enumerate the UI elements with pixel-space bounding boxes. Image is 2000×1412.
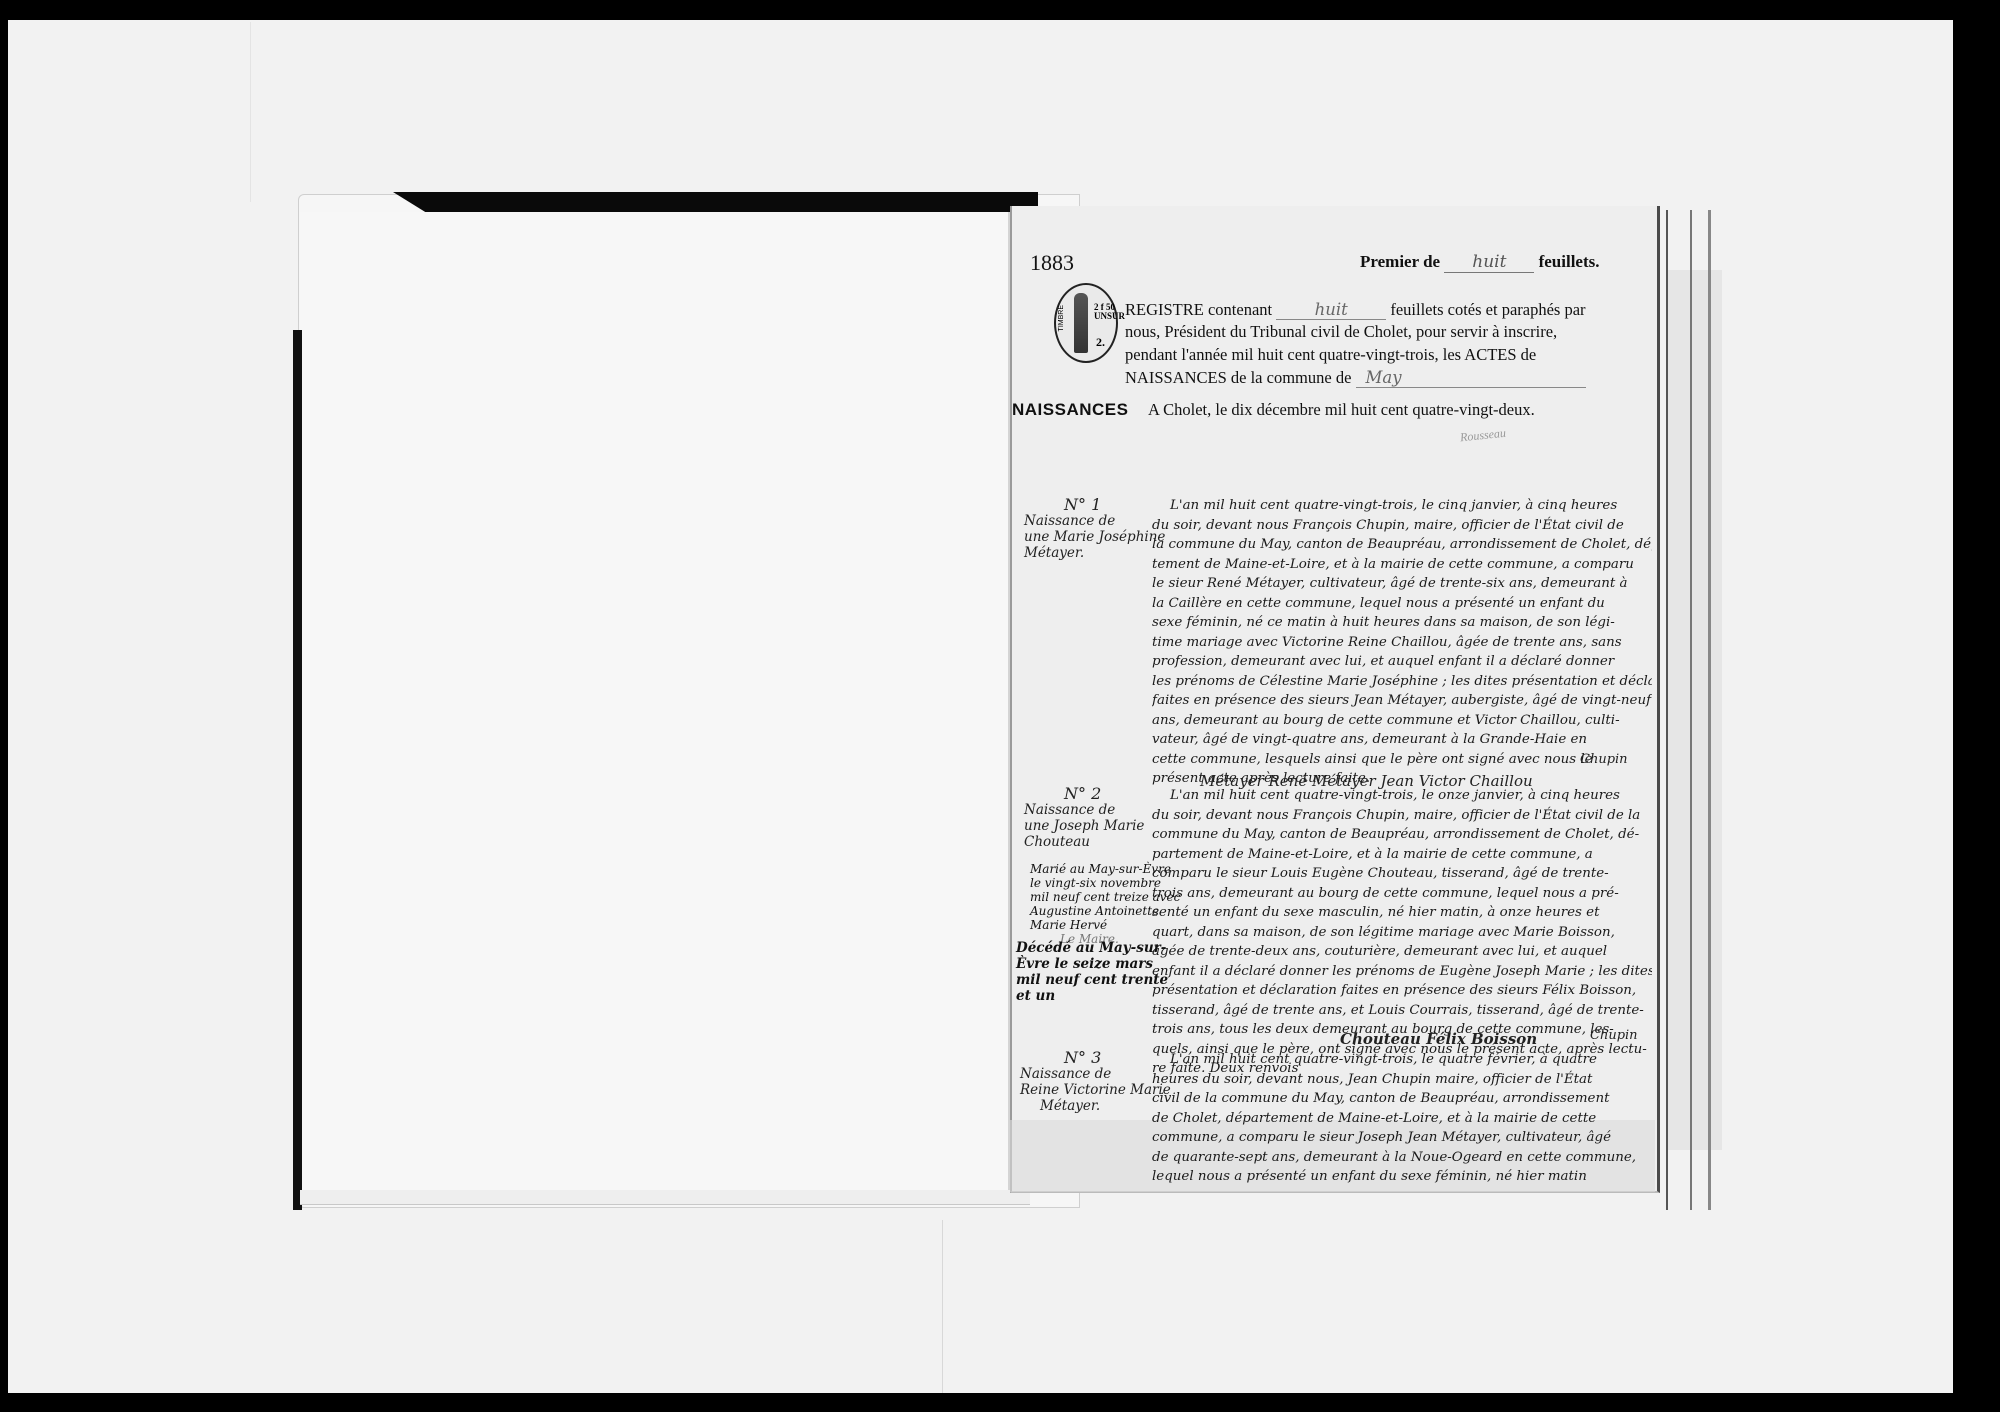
stamp-number: 2. — [1096, 335, 1105, 350]
table-seam — [250, 22, 251, 202]
act-number: N° 2 — [1024, 786, 1144, 802]
header-line-1: REGISTRE contenant huit feuillets cotés … — [1125, 300, 1586, 320]
mention-line: et un — [1016, 988, 1168, 1004]
act-line: lequel nous a présenté un enfant du sexe… — [1152, 1167, 1652, 1187]
header-line-4: NAISSANCES de la commune de May — [1125, 368, 1586, 388]
act-line: time mariage avec Victorine Reine Chaill… — [1152, 633, 1652, 653]
act-line: L'an mil huit cent quatre-vingt-trois, l… — [1152, 496, 1652, 516]
act-line: présentation et déclaration faites en pr… — [1152, 981, 1652, 1001]
table-seam — [942, 1220, 943, 1393]
act-3-text: L'an mil huit cent quatre-vingt-trois, l… — [1152, 1050, 1652, 1187]
header-text: NAISSANCES de la commune de — [1125, 368, 1351, 387]
act-2-margin: N° 2 Naissance de une Joseph Marie Chout… — [1024, 786, 1144, 850]
act-line: faites en présence des sieurs Jean Métay… — [1152, 691, 1652, 711]
act-line: de Cholet, département de Maine-et-Loire… — [1152, 1109, 1652, 1129]
mention-line: mil neuf cent trente — [1016, 972, 1168, 988]
margin-line: Chouteau — [1024, 834, 1144, 850]
act-1-text: L'an mil huit cent quatre-vingt-trois, l… — [1152, 496, 1652, 789]
sheet-count-handwritten: huit — [1276, 300, 1386, 320]
act-line: quart, dans sa maison, de son légitime m… — [1152, 923, 1652, 943]
premier-prefix: Premier de — [1360, 252, 1440, 271]
margin-line: Reine Victorine Marie — [1020, 1082, 1171, 1098]
act-line: commune du May, canton de Beaupréau, arr… — [1152, 825, 1652, 845]
cover-binding-tab — [393, 192, 1038, 212]
act-line: tement de Maine-et-Loire, et à la mairie… — [1152, 555, 1652, 575]
act-line: de quarante-sept ans, demeurant à la Nou… — [1152, 1148, 1652, 1168]
tax-stamp-icon: TIMBRE 2 f 50 UNSUR 2. — [1054, 283, 1118, 363]
mayor-signature: Chupin — [1580, 752, 1628, 767]
act-number: N° 3 — [1020, 1050, 1171, 1066]
left-blank-page — [300, 212, 1010, 1203]
act-line: heures du soir, devant nous, Jean Chupin… — [1152, 1070, 1652, 1090]
stamp-label: TIMBRE — [1058, 305, 1065, 331]
sheet-count-line: Premier de huit feuillets. — [1360, 252, 1600, 273]
margin-line: une Marie Joséphine — [1024, 529, 1165, 545]
act-line: cette commune, lesquels ainsi que le pèr… — [1152, 750, 1652, 770]
act-line: comparu le sieur Louis Eugène Chouteau, … — [1152, 864, 1652, 884]
margin-line: une Joseph Marie — [1024, 818, 1144, 834]
act-line: senté un enfant du sexe masculin, né hie… — [1152, 903, 1652, 923]
act-line: du soir, devant nous François Chupin, ma… — [1152, 806, 1652, 826]
mention-line: Èvre le seize mars — [1016, 956, 1168, 972]
act-line: profession, demeurant avec lui, et auque… — [1152, 652, 1652, 672]
act-line: sexe féminin, né ce matin à huit heures … — [1152, 613, 1652, 633]
act-line: la commune du May, canton de Beaupréau, … — [1152, 535, 1652, 555]
justice-figure-icon — [1074, 293, 1088, 353]
header-text: feuillets cotés et paraphés par — [1390, 300, 1585, 319]
premier-count-handwritten: huit — [1444, 252, 1534, 273]
act-line: du soir, devant nous François Chupin, ma… — [1152, 516, 1652, 536]
premier-suffix: feuillets. — [1539, 252, 1600, 271]
act-line: enfant il a déclaré donner les prénoms d… — [1152, 962, 1652, 982]
mention-line: Décédé au May-sur- — [1016, 940, 1168, 956]
act-line: L'an mil huit cent quatre-vingt-trois, l… — [1152, 786, 1652, 806]
stamp-price: 2 f 50 UNSUR — [1094, 303, 1125, 321]
section-label: NAISSANCES — [1012, 400, 1128, 420]
act-line: civil de la commune du May, canton de Be… — [1152, 1089, 1652, 1109]
margin-line: Naissance de — [1024, 513, 1165, 529]
act-line: le sieur René Métayer, cultivateur, âgé … — [1152, 574, 1652, 594]
act-line: les prénoms de Célestine Marie Joséphine… — [1152, 672, 1652, 692]
margin-line: Métayer. — [1020, 1098, 1171, 1114]
margin-line: Naissance de — [1020, 1066, 1171, 1082]
act-line: ans, demeurant au bourg de cette commune… — [1152, 711, 1652, 731]
act-line: trois ans, demeurant au bourg de cette c… — [1152, 884, 1652, 904]
stacked-page-edges — [1660, 210, 1730, 1210]
death-mention: Décédé au May-sur- Èvre le seize mars mi… — [1016, 940, 1168, 1004]
act-number: N° 1 — [1024, 497, 1165, 513]
act-line: L'an mil huit cent quatre-vingt-trois, l… — [1152, 1050, 1652, 1070]
margin-line: Naissance de — [1024, 802, 1144, 818]
margin-line: Métayer. — [1024, 545, 1165, 561]
act-line: partement de Maine-et-Loire, et à la mai… — [1152, 845, 1652, 865]
act-2-signatures: Chouteau Félix Boisson — [1340, 1030, 1537, 1048]
mayor-signature: Chupin — [1590, 1028, 1638, 1043]
act-line: vateur, âgé de vingt-quatre ans, demeura… — [1152, 730, 1652, 750]
left-page-bottom-edge — [300, 1190, 1030, 1205]
header-text: REGISTRE contenant — [1125, 300, 1272, 319]
act-1-margin: N° 1 Naissance de une Marie Joséphine Mé… — [1024, 497, 1165, 561]
header-line-2: nous, Président du Tribunal civil de Cho… — [1125, 322, 1557, 342]
dated-line: A Cholet, le dix décembre mil huit cent … — [1148, 400, 1535, 420]
header-line-3: pendant l'année mil huit cent quatre-vin… — [1125, 345, 1536, 365]
act-line: commune, a comparu le sieur Joseph Jean … — [1152, 1128, 1652, 1148]
register-year: 1883 — [1030, 250, 1074, 276]
commune-handwritten: May — [1356, 368, 1586, 388]
act-3-margin: N° 3 Naissance de Reine Victorine Marie … — [1020, 1050, 1171, 1114]
act-line: âgée de trente-deux ans, couturière, dem… — [1152, 942, 1652, 962]
act-line: tisserand, âgé de trente ans, et Louis C… — [1152, 1001, 1652, 1021]
act-line: la Caillère en cette commune, lequel nou… — [1152, 594, 1652, 614]
cover-spine-edge — [293, 330, 302, 1210]
